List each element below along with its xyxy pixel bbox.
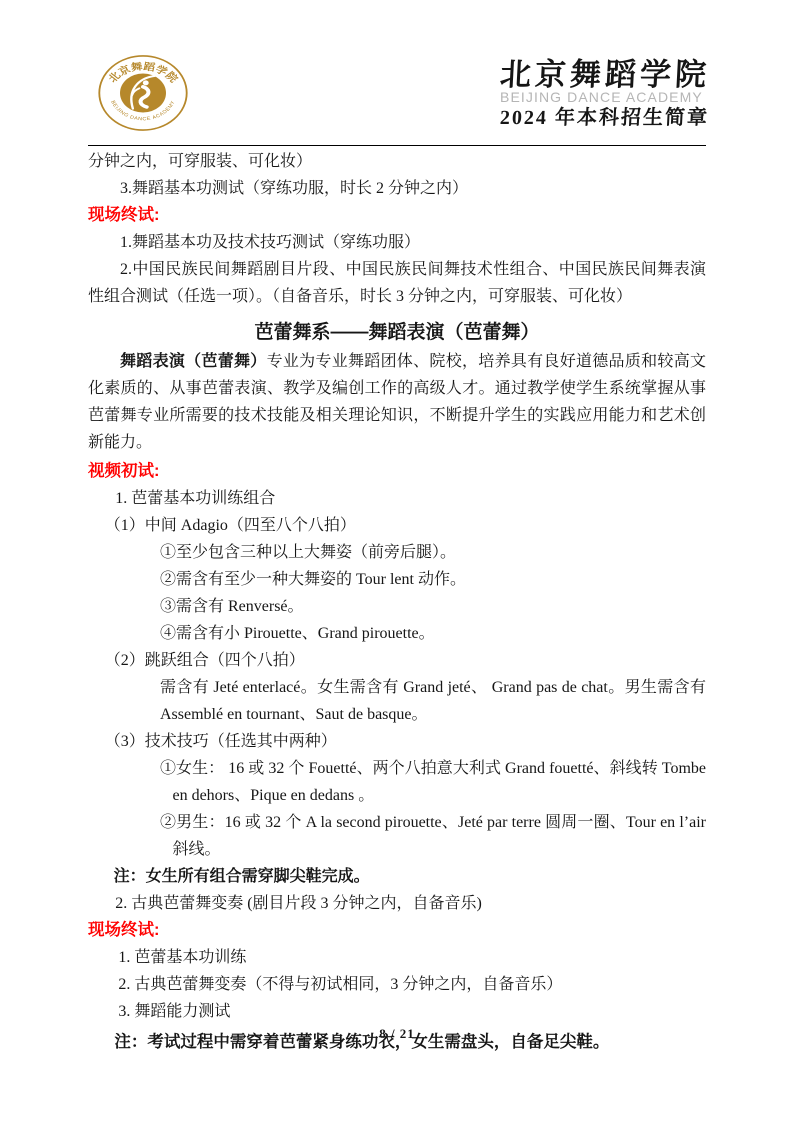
section-title-ballet: 芭蕾舞系——舞蹈表演（芭蕾舞） [88, 318, 706, 348]
list-point: ④需含有小 Pirouette、Grand pirouette。 [160, 620, 706, 647]
list-point: ②男生：16 或 32 个 A la second pirouette、Jeté… [160, 809, 706, 863]
page-header: 北京舞蹈学院 BEIJING DANCE ACADEMY 北京舞蹈学院 BEIJ… [0, 0, 794, 146]
ballet-intro-lead: 舞蹈表演（芭蕾舞） [120, 353, 267, 370]
list-point: ①女生： 16 或 32 个 Fouetté、两个八拍意大利式 Grand fo… [160, 755, 706, 809]
list-point: 需含有 Jeté enterlacé。女生需含有 Grand jeté、 Gra… [160, 674, 706, 728]
note-line: 注：女生所有组合需穿脚尖鞋完成。 [114, 863, 706, 890]
section-label-final-exam: 现场终试: [88, 202, 706, 229]
list-group-title: （3）技术技巧（任选其中两种） [105, 728, 706, 755]
list-group-title: （1）中间 Adagio（四至八个八拍） [105, 512, 706, 539]
list-point: ②需含有至少一种大舞姿的 Tour lent 动作。 [160, 566, 706, 593]
page-number: 8 / 21 [0, 1026, 794, 1042]
list-item: 2.中国民族民间舞蹈剧目片段、中国民族民间舞技术性组合、中国民族民间舞表演性组合… [88, 256, 706, 310]
carryover-line: 分钟之内，可穿服装、可化妆） [88, 148, 706, 175]
list-point: ③需含有 Renversé。 [160, 593, 706, 620]
list-group-title: （2）跳跃组合（四个八拍） [105, 647, 706, 674]
wordmark-en: BEIJING DANCE ACADEMY [500, 90, 710, 104]
list-item: 1. 芭蕾基本功训练 [118, 944, 706, 971]
list-item: 3. 舞蹈能力测试 [118, 998, 706, 1025]
list-item: 2. 古典芭蕾舞变奏 (剧目片段 3 分钟之内，自备音乐) [115, 890, 706, 917]
list-item: 3.舞蹈基本功测试（穿练功服，时长 2 分钟之内） [88, 175, 706, 202]
header-wordmark: 北京舞蹈学院 BEIJING DANCE ACADEMY 2024 年本科招生简… [500, 58, 710, 130]
list-point: ①至少包含三种以上大舞姿（前旁后腿）。 [160, 539, 706, 566]
page-content: 分钟之内，可穿服装、可化妆） 3.舞蹈基本功测试（穿练功服，时长 2 分钟之内）… [88, 148, 706, 1056]
section-label-video-test: 视频初试: [88, 458, 706, 485]
wordmark-cn: 北京舞蹈学院 [499, 58, 711, 92]
list-item: 1.舞蹈基本功及技术技巧测试（穿练功服） [88, 229, 706, 256]
header-divider [88, 145, 706, 146]
bda-seal-logo-icon: 北京舞蹈学院 BEIJING DANCE ACADEMY [97, 54, 189, 132]
list-item: 1. 芭蕾基本功训练组合 [115, 485, 706, 512]
section-label-final-exam: 现场终试: [88, 917, 706, 944]
ballet-intro-paragraph: 舞蹈表演（芭蕾舞）专业为专业舞蹈团体、院校，培养具有良好道德品质和较高文化素质的… [88, 348, 706, 456]
document-page: 北京舞蹈学院 BEIJING DANCE ACADEMY 北京舞蹈学院 BEIJ… [0, 0, 794, 1123]
list-item: 2. 古典芭蕾舞变奏（不得与初试相同，3 分钟之内，自备音乐） [118, 971, 706, 998]
brochure-subtitle: 2024 年本科招生简章 [499, 106, 710, 130]
